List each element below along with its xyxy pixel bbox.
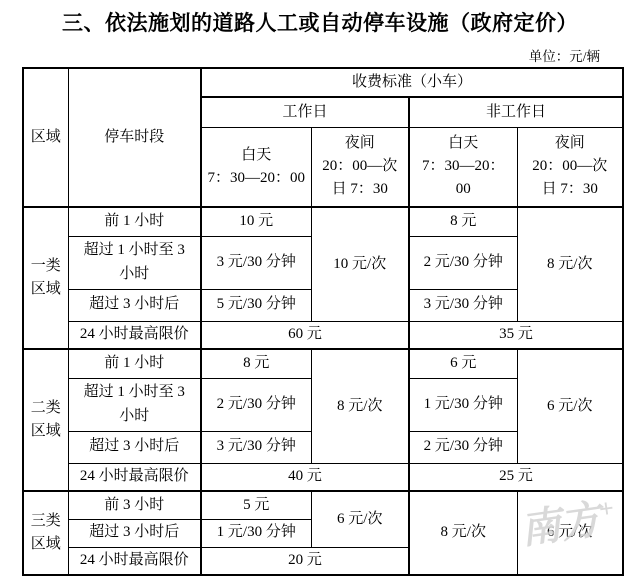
zone3-cap-label: 24 小时最高限价: [68, 547, 201, 575]
zone1-label: 一类 区域: [23, 207, 68, 349]
header-nonworkday-night: 夜间 20：00—次 日 7：30: [517, 127, 623, 207]
zone1-nwd-night-fee: 8 元/次: [517, 207, 623, 321]
zone2-wd-night-fee: 8 元/次: [311, 349, 409, 463]
zone1-wd-day-fee-3: 5 元/30 分钟: [201, 289, 311, 321]
zone2-nwd-day-fee-2: 1 元/30 分钟: [409, 378, 517, 431]
zone3-wd-day-fee-2: 1 元/30 分钟: [201, 519, 311, 547]
zone2-nwd-day-fee-3: 2 元/30 分钟: [409, 431, 517, 463]
zone1-period-1: 前 1 小时: [68, 207, 201, 236]
header-workday-daytime: 白天 7：30—20：00: [201, 127, 311, 207]
zone2-label: 二类 区域: [23, 349, 68, 491]
header-period: 停车时段: [68, 68, 201, 207]
zone2-period-3: 超过 3 小时后: [68, 431, 201, 463]
zone2-period-1: 前 1 小时: [68, 349, 201, 378]
zone1-wd-day-fee-2: 3 元/30 分钟: [201, 236, 311, 289]
zone3-wd-day-fee-1: 5 元: [201, 491, 311, 519]
zone2-nwd-cap: 25 元: [409, 463, 623, 491]
zone1-nwd-day-fee-1: 8 元: [409, 207, 517, 236]
zone1-cap-label: 24 小时最高限价: [68, 321, 201, 349]
zone1-wd-cap: 60 元: [201, 321, 409, 349]
zone2-wd-day-fee-1: 8 元: [201, 349, 311, 378]
zone1-nwd-day-fee-3: 3 元/30 分钟: [409, 289, 517, 321]
zone1-wd-day-fee-1: 10 元: [201, 207, 311, 236]
zone2-wd-day-fee-2: 2 元/30 分钟: [201, 378, 311, 431]
header-zone: 区域: [23, 68, 68, 207]
zone3-nwd-night-fee: 6 元/次: [517, 491, 623, 575]
zone2-nwd-day-fee-1: 6 元: [409, 349, 517, 378]
zone2-nwd-night-fee: 6 元/次: [517, 349, 623, 463]
unit-label: 单位：元/辆: [529, 45, 600, 65]
parking-fee-table: 区域 停车时段 收费标准（小车） 工作日 非工作日 白天 7：30—20：00 …: [22, 67, 624, 576]
zone2-wd-day-fee-3: 3 元/30 分钟: [201, 431, 311, 463]
zone2-period-2: 超过 1 小时至 3 小时: [68, 378, 201, 431]
zone3-wd-cap: 20 元: [201, 547, 409, 575]
zone3-period-2: 超过 3 小时后: [68, 519, 201, 547]
zone3-period-1: 前 3 小时: [68, 491, 201, 519]
zone3-wd-night-fee: 6 元/次: [311, 491, 409, 547]
header-fee-standard: 收费标准（小车）: [201, 68, 623, 97]
zone1-nwd-cap: 35 元: [409, 321, 623, 349]
header-workday-night: 夜间 20：00—次 日 7：30: [311, 127, 409, 207]
zone1-nwd-day-fee-2: 2 元/30 分钟: [409, 236, 517, 289]
header-nonworkday: 非工作日: [409, 97, 623, 127]
header-nonworkday-daytime: 白天 7：30—20： 00: [409, 127, 517, 207]
zone1-period-3: 超过 3 小时后: [68, 289, 201, 321]
zone3-label: 三类 区域: [23, 491, 68, 575]
zone1-period-2: 超过 1 小时至 3 小时: [68, 236, 201, 289]
zone3-nwd-day-fee: 8 元/次: [409, 491, 517, 575]
zone2-cap-label: 24 小时最高限价: [68, 463, 201, 491]
page-title: 三、依法施划的道路人工或自动停车设施（政府定价）: [0, 7, 640, 37]
zone2-wd-cap: 40 元: [201, 463, 409, 491]
header-workday: 工作日: [201, 97, 409, 127]
zone1-wd-night-fee: 10 元/次: [311, 207, 409, 321]
